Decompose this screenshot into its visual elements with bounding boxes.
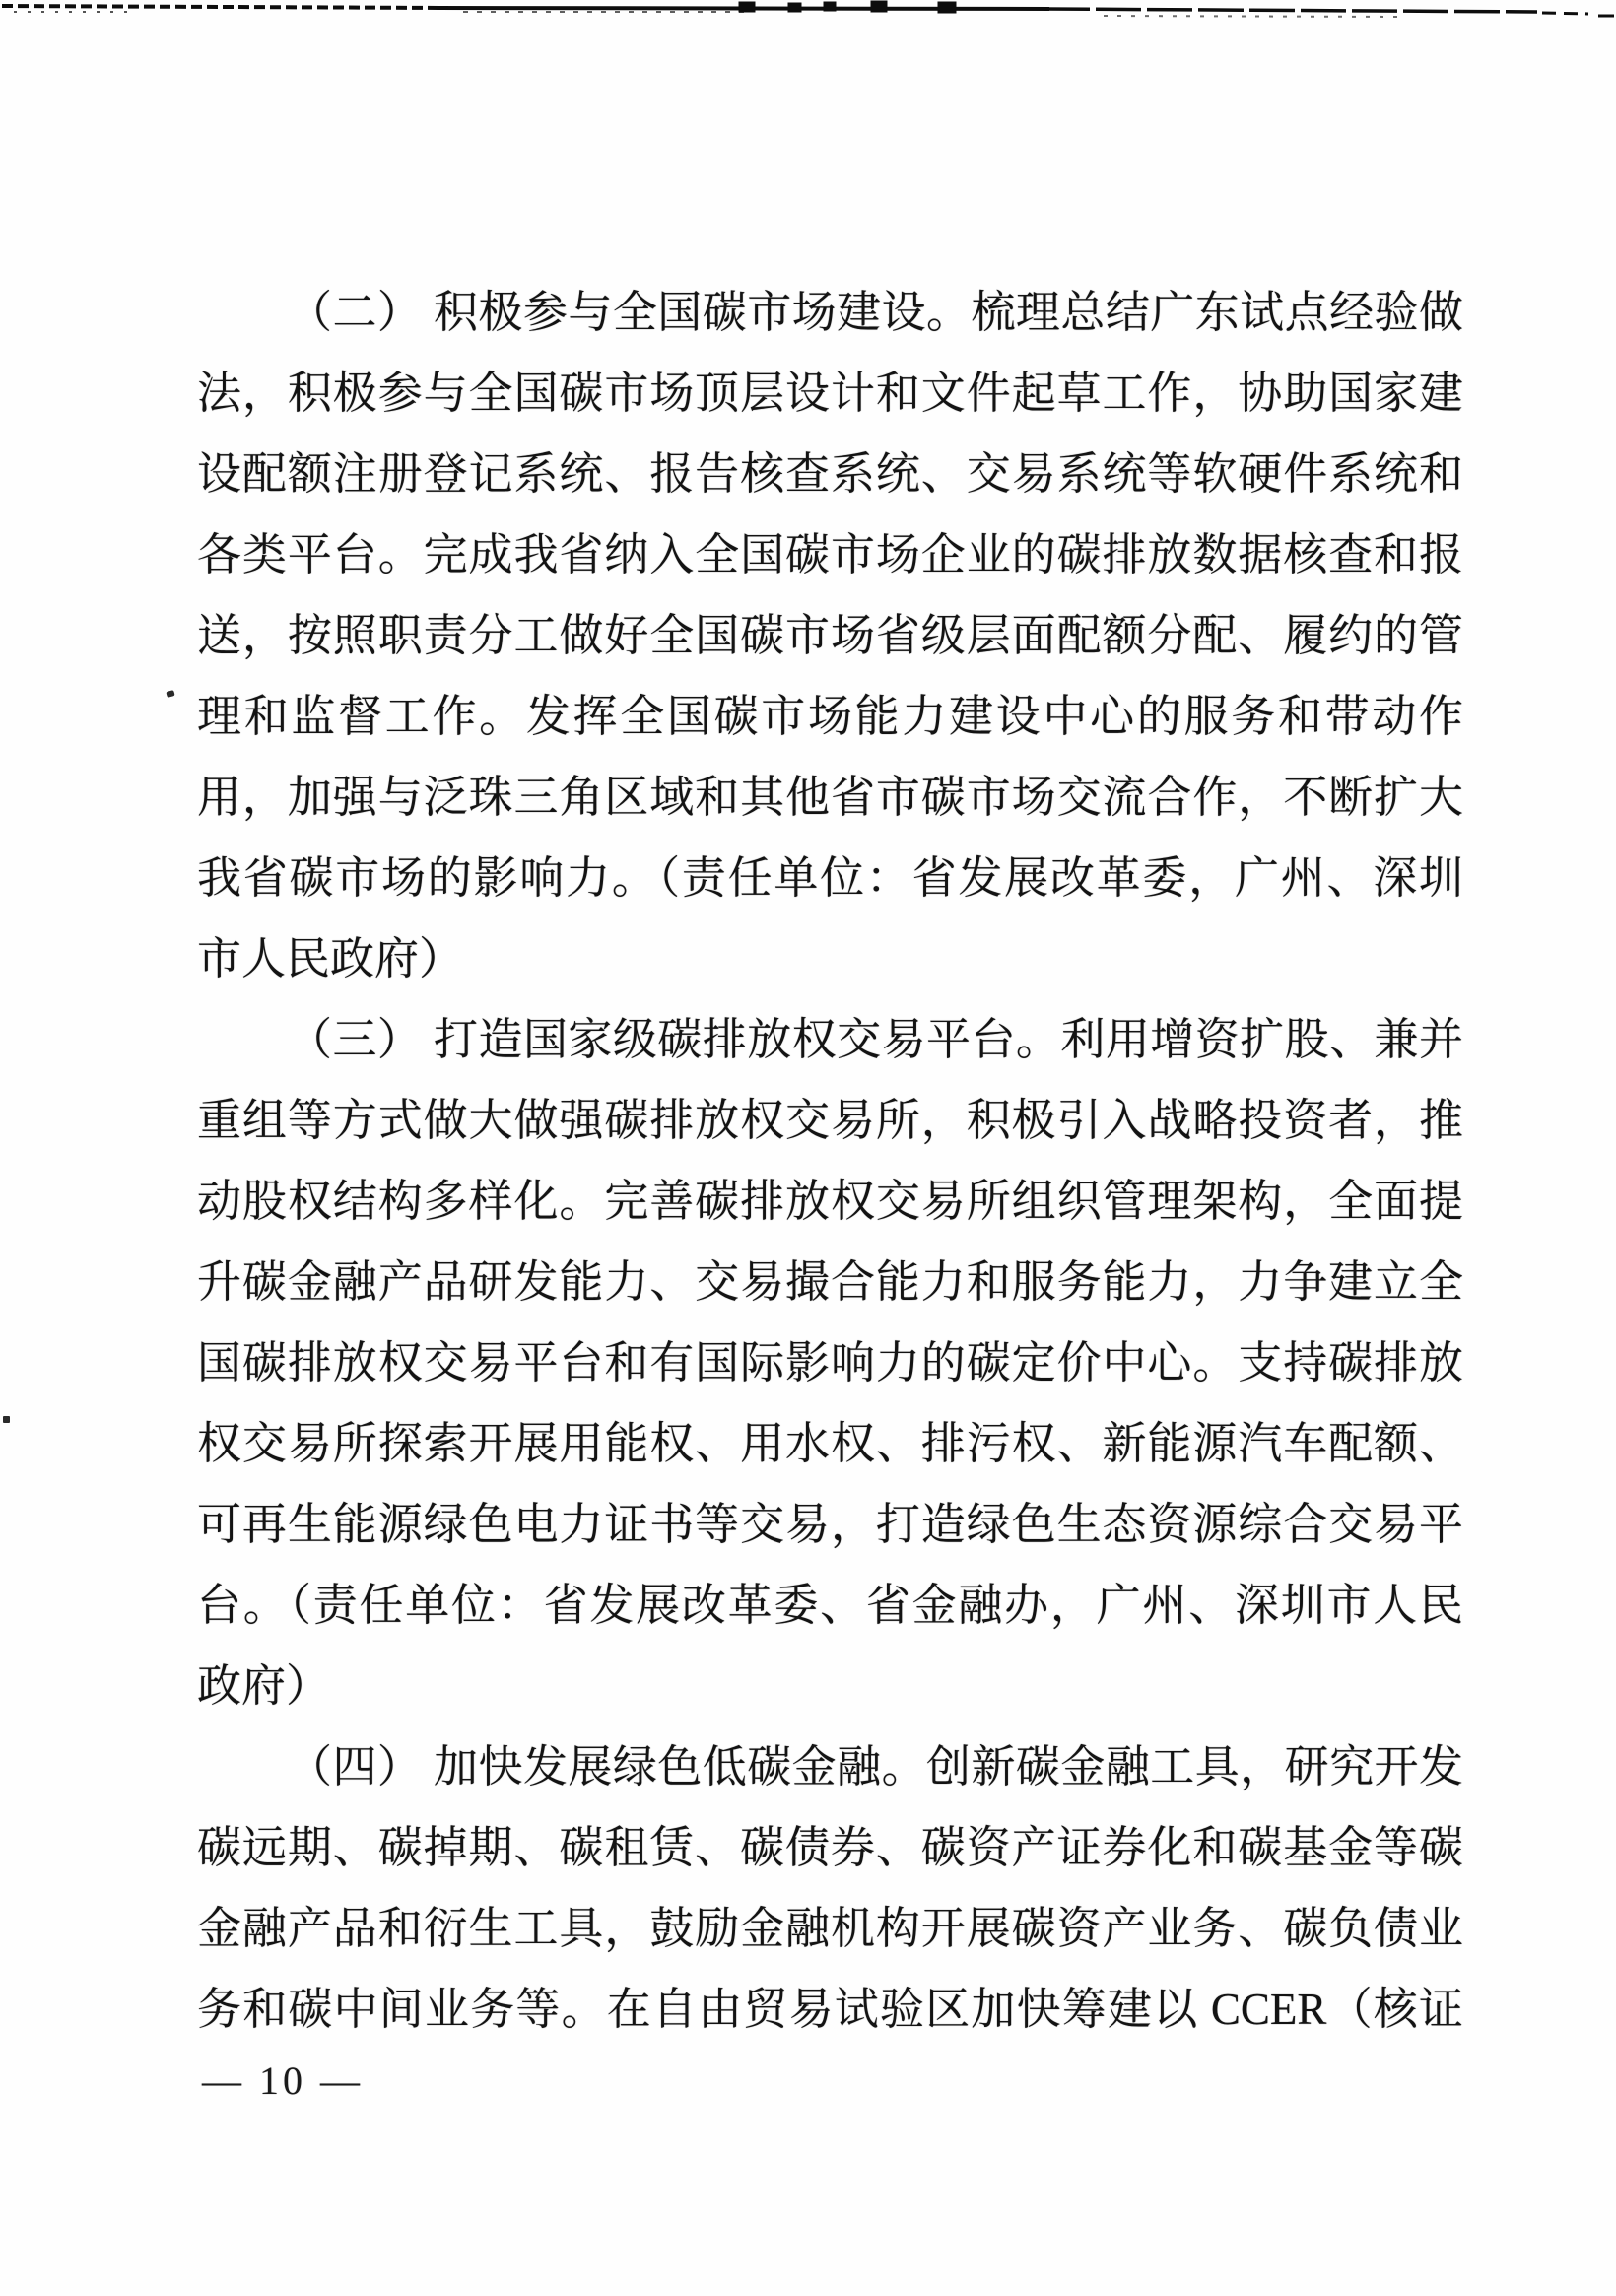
document-line: 升碳金融产品研发能力、交易撮合能力和服务能力，力争建立全 (197, 1242, 1463, 1322)
document-line: 我省碳市场的影响力。（责任单位：省发展改革委，广州、深圳 (197, 838, 1463, 918)
document-line: 权交易所探索开展用能权、用水权、排污权、新能源汽车配额、 (197, 1403, 1463, 1484)
scan-edge-artifact (0, 0, 1616, 45)
document-line: （二） 积极参与全国碳市场建设。梳理总结广东试点经验做 (197, 272, 1463, 353)
document-line: 金融产品和衍生工具，鼓励金融机构开展碳资产业务、碳负债业 (197, 1888, 1463, 1969)
document-line: （四） 加快发展绿色低碳金融。创新碳金融工具，研究开发 (197, 1726, 1463, 1807)
document-line: 政府） (197, 1646, 1463, 1726)
document-line: 理和监督工作。发挥全国碳市场能力建设中心的服务和带动作 (197, 676, 1463, 757)
document-line: （三） 打造国家级碳排放权交易平台。利用增资扩股、兼并 (197, 999, 1463, 1080)
document-line: 用，加强与泛珠三角区域和其他省市碳市场交流合作，不断扩大 (197, 757, 1463, 838)
document-line: 送，按照职责分工做好全国碳市场省级层面配额分配、履约的管 (197, 595, 1463, 676)
ink-speck (166, 690, 174, 698)
document-line: 可再生能源绿色电力证书等交易，打造绿色生态资源综合交易平 (197, 1484, 1463, 1565)
document-line: 各类平台。完成我省纳入全国碳市场企业的碳排放数据核查和报 (197, 514, 1463, 595)
page-number: — 10 — (202, 2058, 364, 2104)
document-line: 法，积极参与全国碳市场顶层设计和文件起草工作，协助国家建 (197, 353, 1463, 434)
document-line: 务和碳中间业务等。在自由贸易试验区加快筹建以 CCER（核证 (197, 1969, 1463, 2050)
document-line: 国碳排放权交易平台和有国际影响力的碳定价中心。支持碳排放 (197, 1322, 1463, 1403)
document-body: （二） 积极参与全国碳市场建设。梳理总结广东试点经验做 法，积极参与全国碳市场顶… (197, 272, 1463, 2050)
document-line: 碳远期、碳掉期、碳租赁、碳债券、碳资产证券化和碳基金等碳 (197, 1807, 1463, 1888)
document-line: 动股权结构多样化。完善碳排放权交易所组织管理架构，全面提 (197, 1161, 1463, 1242)
document-line: 台。（责任单位：省发展改革委、省金融办，广州、深圳市人民 (197, 1565, 1463, 1646)
document-line: 市人民政府） (197, 918, 1463, 999)
scanned-document-page: （二） 积极参与全国碳市场建设。梳理总结广东试点经验做 法，积极参与全国碳市场顶… (0, 0, 1616, 2296)
document-line: 重组等方式做大做强碳排放权交易所，积极引入战略投资者，推 (197, 1080, 1463, 1161)
document-line: 设配额注册登记系统、报告核查系统、交易系统等软硬件系统和 (197, 434, 1463, 514)
ink-speck (3, 1416, 10, 1423)
